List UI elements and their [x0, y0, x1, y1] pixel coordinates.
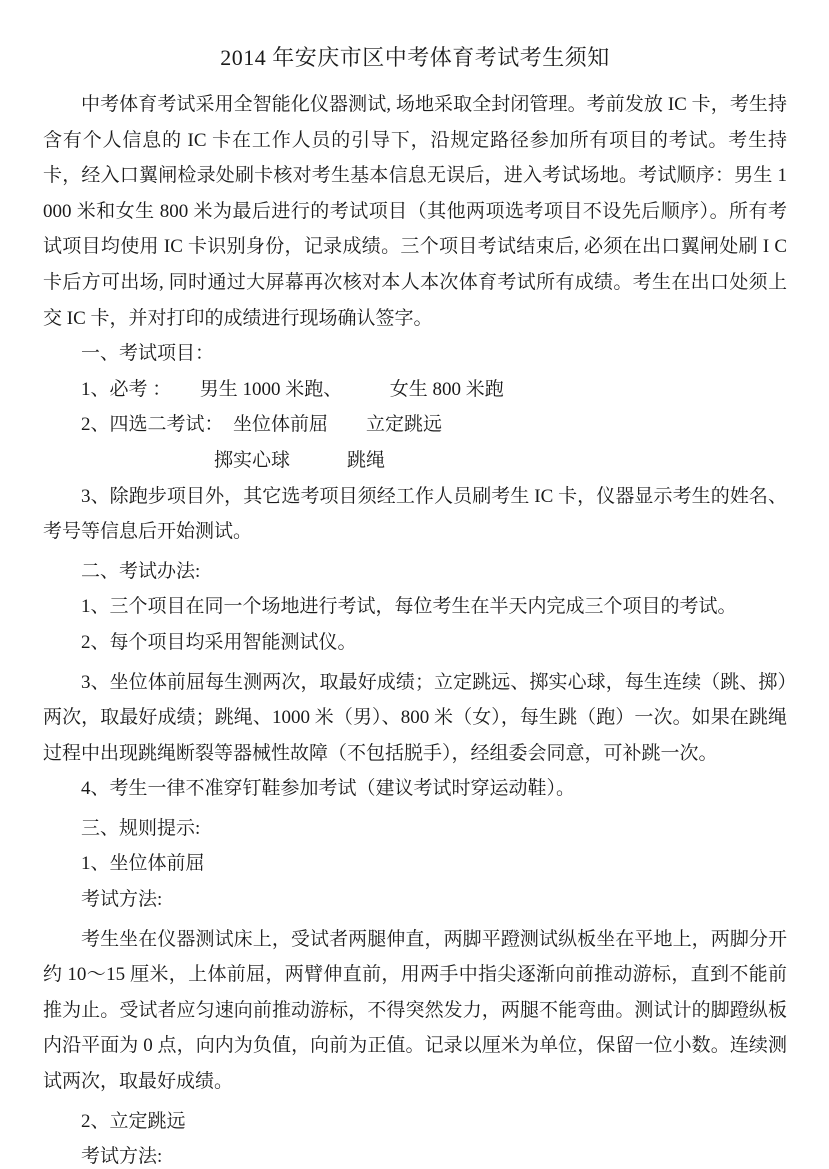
document-body: 中考体育考试采用全智能化仪器测试, 场地采取全封闭管理。考前发放 IC 卡，考生…: [43, 87, 787, 1169]
section-heading-exam-method: 二、考试办法:: [43, 554, 787, 590]
document-title: 2014 年安庆市区中考体育考试考生须知: [43, 42, 787, 74]
list-item-elective-events-cont: 掷实心球 跳绳: [43, 443, 787, 479]
list-item-standing-long-jump: 2、立定跳远: [43, 1104, 787, 1140]
list-item-elective-events: 2、四选二考试： 坐位体前屈 立定跳远: [43, 407, 787, 443]
list-item-sit-and-reach: 1、坐位体前屈: [43, 846, 787, 882]
sit-and-reach-method-paragraph: 考生坐在仪器测试床上，受试者两腿伸直，两脚平蹬测试纵板坐在平地上，两脚分开约 1…: [43, 922, 787, 1100]
list-item-smart-tester: 2、每个项目均采用智能测试仪。: [43, 625, 787, 661]
list-item-required-events: 1、必考 ： 男生 1000 米跑、 女生 800 米跑: [43, 372, 787, 408]
list-item-same-venue: 1、三个项目在同一个场地进行考试，每位考生在半天内完成三个项目的考试。: [43, 589, 787, 625]
label-test-method-1: 考试方法:: [43, 882, 787, 918]
section-heading-rule-tips: 三、规则提示:: [43, 811, 787, 847]
intro-paragraph: 中考体育考试采用全智能化仪器测试, 场地采取全封闭管理。考前发放 IC 卡，考生…: [43, 87, 787, 336]
list-item-attempt-rules: 3、坐位体前屈每生测两次，取最好成绩；立定跳远、掷实心球，每生连续（跳、掷）两次…: [43, 665, 787, 772]
list-item-shoe-rule: 4、考生一律不准穿钉鞋参加考试（建议考试时穿运动鞋）。: [43, 771, 787, 807]
section-heading-exam-items: 一、考试项目：: [43, 336, 787, 372]
list-item-ic-card-rule: 3、除跑步项目外，其它选考项目须经工作人员刷考生 IC 卡，仪器显示考生的姓名、…: [43, 479, 787, 550]
label-test-method-2: 考试方法:: [43, 1139, 787, 1169]
document-page: 2014 年安庆市区中考体育考试考生须知 中考体育考试采用全智能化仪器测试, 场…: [0, 0, 829, 1169]
